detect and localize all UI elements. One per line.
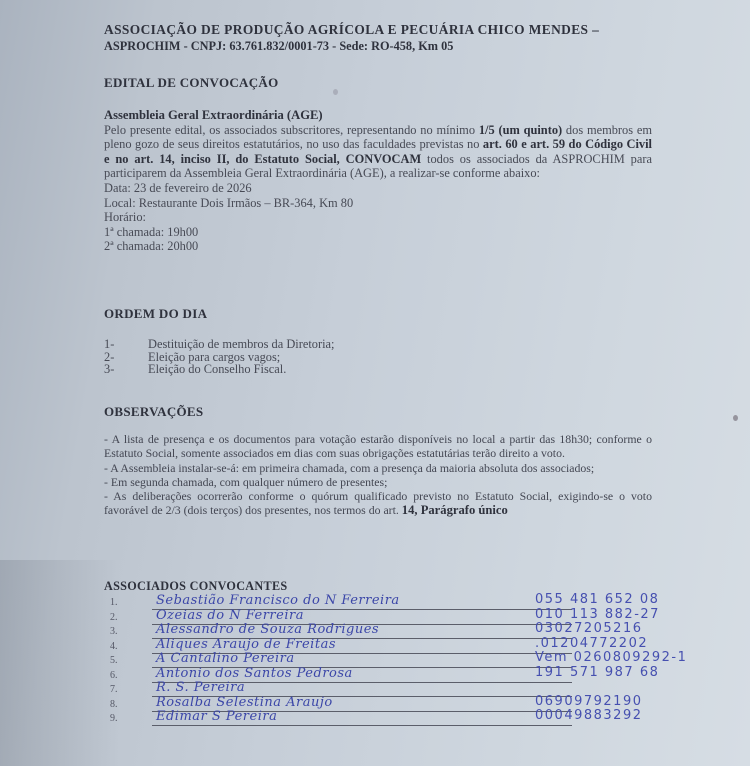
observacoes-list: - A lista de presença e os documentos pa… (104, 432, 652, 518)
second-call: 2ª chamada: 20h00 (104, 239, 652, 254)
handwritten-document-number: 010 113 882-27 (535, 607, 660, 622)
handwritten-document-number: .01204772202 (535, 636, 648, 651)
handwritten-name: Antonio dos Santos Pedrosa (156, 666, 353, 681)
first-call: 1ª chamada: 19h00 (104, 225, 652, 240)
handwritten-document-number: 055 481 652 08 (535, 592, 659, 607)
row-number: 5. (110, 655, 118, 666)
signature-line (152, 725, 572, 726)
observacao-item: - Em segunda chamada, com qualquer númer… (104, 475, 652, 489)
photo-shadow (0, 560, 120, 766)
row-number: 1. (110, 597, 118, 608)
title-line-1: ASSOCIAÇÃO DE PRODUÇÃO AGRÍCOLA E PECUÁR… (104, 22, 599, 38)
handwritten-name: Edimar S Pereira (156, 709, 277, 724)
schedule-label: Horário: (104, 210, 652, 225)
handwritten-document-number: 06909792190 (535, 694, 642, 709)
date-line: Data: 23 de fevereiro de 2026 (104, 181, 652, 196)
handwritten-name: Sebastião Francisco do N Ferreira (156, 593, 400, 608)
row-number: 8. (110, 699, 118, 710)
row-number: 2. (110, 612, 118, 623)
row-number: 3. (110, 626, 118, 637)
ordem-item: 3-Eleição do Conselho Fiscal. (104, 363, 335, 376)
edital-section: Assembleia Geral Extraordinária (AGE) Pe… (104, 108, 652, 254)
handwritten-document-number: 00049883292 (535, 708, 642, 723)
handwritten-name: Ozeias do N Ferreira (156, 608, 304, 623)
row-number: 6. (110, 670, 118, 681)
row-number: 4. (110, 641, 118, 652)
observacoes-heading: OBSERVAÇÕES (104, 404, 203, 420)
ordem-heading: ORDEM DO DIA (104, 306, 207, 322)
signature-list: 1.Sebastião Francisco do N Ferreira055 4… (110, 596, 740, 727)
title-line-2: ASPROCHIM - CNPJ: 63.761.832/0001-73 - S… (104, 38, 599, 54)
handwritten-document-number: Vem 0260809292-1 (535, 650, 687, 665)
handwritten-name: R. S. Pereira (156, 680, 245, 695)
handwritten-name: A Cantalino Pereira (156, 651, 295, 666)
edital-heading: EDITAL DE CONVOCAÇÃO (104, 75, 279, 91)
handwritten-name: Aliques Araujo de Freitas (156, 637, 336, 652)
location-line: Local: Restaurante Dois Irmãos – BR-364,… (104, 196, 652, 211)
handwritten-document-number: 191 571 987 68 (535, 665, 659, 680)
handwritten-name: Rosalba Selestina Araujo (156, 695, 333, 710)
row-number: 7. (110, 684, 118, 695)
association-title: ASSOCIAÇÃO DE PRODUÇÃO AGRÍCOLA E PECUÁR… (104, 22, 599, 54)
handwritten-name: Alessandro de Souza Rodrigues (156, 622, 379, 637)
paper-stain (333, 89, 338, 95)
observacao-item: - A lista de presença e os documentos pa… (104, 432, 652, 461)
ordem-list: 1-Destituição de membros da Diretoria; 2… (104, 338, 335, 376)
observacao-item: - As deliberações ocorrerão conforme o q… (104, 489, 652, 518)
intro-paragraph: Pelo presente edital, os associados subs… (104, 123, 652, 181)
signature-row: 9.Edimar S Pereira00049883292 (110, 712, 740, 727)
handwritten-document-number: 03027205216 (535, 621, 642, 636)
paper-stain (733, 415, 738, 421)
convocantes-heading: ASSOCIADOS CONVOCANTES (104, 579, 287, 594)
age-subheading: Assembleia Geral Extraordinária (AGE) (104, 108, 652, 123)
observacao-item: - A Assembleia instalar-se-á: em primeir… (104, 461, 652, 475)
row-number: 9. (110, 713, 118, 724)
